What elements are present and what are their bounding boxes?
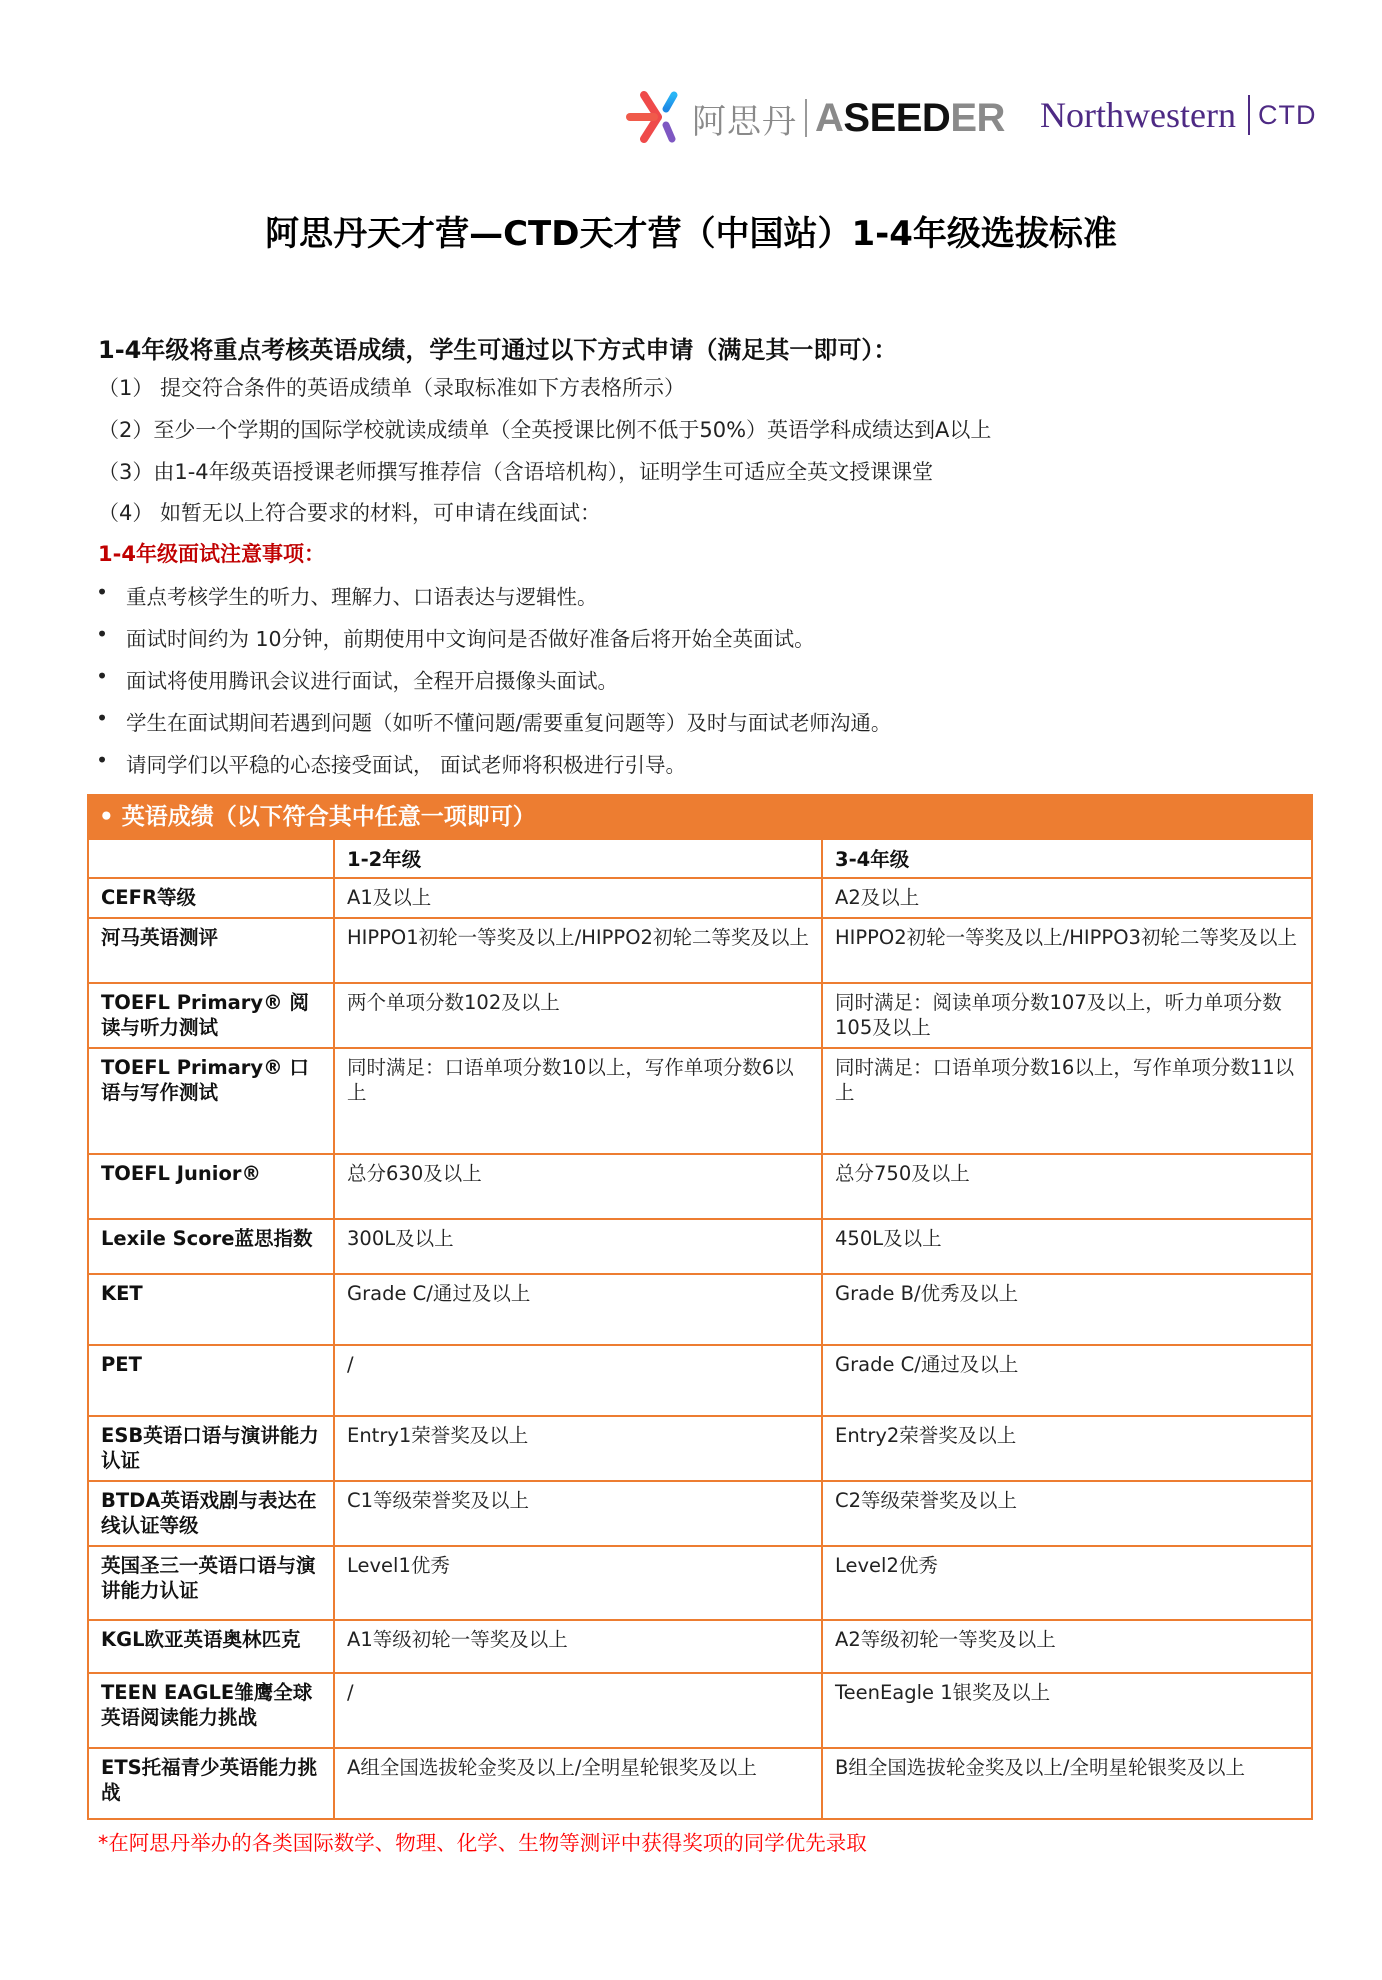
exam-name: ESB英语口语与演讲能力认证 <box>89 1417 335 1480</box>
grade-3-4-requirement: Grade B/优秀及以上 <box>823 1275 1311 1344</box>
table-row: PET / Grade C/通过及以上 <box>89 1346 1311 1417</box>
logo-divider <box>805 99 807 137</box>
grade-1-2-requirement: 总分630及以上 <box>335 1155 823 1218</box>
grade-1-2-requirement: HIPPO1初轮一等奖及以上/HIPPO2初轮二等奖及以上 <box>335 919 823 982</box>
exam-name: CEFR等级 <box>89 879 335 917</box>
table-row: TEEN EAGLE雏鹰全球英语阅读能力挑战 / TeenEagle 1银奖及以… <box>89 1674 1311 1749</box>
table-row: KGL欧亚英语奥林匹克 A1等级初轮一等奖及以上 A2等级初轮一等奖及以上 <box>89 1621 1311 1674</box>
grade-3-4-requirement: A2等级初轮一等奖及以上 <box>823 1621 1311 1672</box>
grade-3-4-requirement: C2等级荣誉奖及以上 <box>823 1482 1311 1545</box>
column-header: 3-4年级 <box>823 840 1311 877</box>
column-header: 1-2年级 <box>335 840 823 877</box>
grade-1-2-requirement: Level1优秀 <box>335 1547 823 1619</box>
grade-3-4-requirement: A2及以上 <box>823 879 1311 917</box>
grade-3-4-requirement: 同时满足：口语单项分数16以上，写作单项分数11以上 <box>823 1049 1311 1153</box>
exam-name: Lexile Score蓝思指数 <box>89 1220 335 1273</box>
english-scores-table: • 英语成绩（以下符合其中任意一项即可） 1-2年级 3-4年级 CEFR等级 … <box>87 794 1313 1820</box>
grade-3-4-requirement: TeenEagle 1银奖及以上 <box>823 1674 1311 1747</box>
grade-1-2-requirement: Entry1荣誉奖及以上 <box>335 1417 823 1480</box>
table-row: ESB英语口语与演讲能力认证 Entry1荣誉奖及以上 Entry2荣誉奖及以上 <box>89 1417 1311 1482</box>
aseeder-logo-en: ASEEDER <box>815 96 1005 141</box>
exam-name: PET <box>89 1346 335 1415</box>
exam-name: BTDA英语戏剧与表达在线认证等级 <box>89 1482 335 1545</box>
aseeder-logo: 阿思丹 ASEEDER <box>626 88 1005 148</box>
grade-3-4-requirement: B组全国选拔轮金奖及以上/全明星轮银奖及以上 <box>823 1749 1311 1818</box>
notice-bullet: •学生在面试期间若遇到问题（如听不懂问题/需要重复问题等）及时与面试老师沟通。 <box>96 706 891 736</box>
aseeder-logo-cn: 阿思丹 <box>692 94 797 143</box>
grade-3-4-requirement: 同时满足：阅读单项分数107及以上，听力单项分数105及以上 <box>823 984 1311 1047</box>
aseeder-spark-icon <box>626 89 684 147</box>
table-row: CEFR等级 A1及以上 A2及以上 <box>89 879 1311 919</box>
table-row: TOEFL Junior® 总分630及以上 总分750及以上 <box>89 1155 1311 1220</box>
northwestern-ctd-logo: Northwestern CTD <box>1040 94 1316 136</box>
exam-name: KET <box>89 1275 335 1344</box>
grade-3-4-requirement: 总分750及以上 <box>823 1155 1311 1218</box>
ctd-label: CTD <box>1258 100 1317 131</box>
table-row: 河马英语测评 HIPPO1初轮一等奖及以上/HIPPO2初轮二等奖及以上 HIP… <box>89 919 1311 984</box>
grade-1-2-requirement: A1及以上 <box>335 879 823 917</box>
exam-name: TOEFL Junior® <box>89 1155 335 1218</box>
notice-bullet: •面试时间约为 10分钟，前期使用中文询问是否做好准备后将开始全英面试。 <box>96 622 815 652</box>
grade-1-2-requirement: A组全国选拔轮金奖及以上/全明星轮银奖及以上 <box>335 1749 823 1818</box>
table-row: KET Grade C/通过及以上 Grade B/优秀及以上 <box>89 1275 1311 1346</box>
exam-name: KGL欧亚英语奥林匹克 <box>89 1621 335 1672</box>
grade-3-4-requirement: HIPPO2初轮一等奖及以上/HIPPO3初轮二等奖及以上 <box>823 919 1311 982</box>
footnote: *在阿思丹举办的各类国际数学、物理、化学、生物等测评中获得奖项的同学优先录取 <box>98 1826 867 1856</box>
notice-bullet: •重点考核学生的听力、理解力、口语表达与逻辑性。 <box>96 580 598 610</box>
grade-1-2-requirement: 300L及以上 <box>335 1220 823 1273</box>
logo-divider <box>1248 95 1250 135</box>
notice-bullet: •请同学们以平稳的心态接受面试， 面试老师将积极进行引导。 <box>96 748 686 778</box>
table-row: TOEFL Primary® 阅读与听力测试 两个单项分数102及以上 同时满足… <box>89 984 1311 1049</box>
exam-name: ETS托福青少英语能力挑战 <box>89 1749 335 1818</box>
table-row: BTDA英语戏剧与表达在线认证等级 C1等级荣誉奖及以上 C2等级荣誉奖及以上 <box>89 1482 1311 1547</box>
grade-1-2-requirement: A1等级初轮一等奖及以上 <box>335 1621 823 1672</box>
grade-3-4-requirement: Entry2荣誉奖及以上 <box>823 1417 1311 1480</box>
exam-name: TEEN EAGLE雏鹰全球英语阅读能力挑战 <box>89 1674 335 1747</box>
table-row: TOEFL Primary® 口语与写作测试 同时满足：口语单项分数10以上，写… <box>89 1049 1311 1155</box>
table-row: Lexile Score蓝思指数 300L及以上 450L及以上 <box>89 1220 1311 1275</box>
notice-bullet: •面试将使用腾讯会议进行面试，全程开启摄像头面试。 <box>96 664 618 694</box>
northwestern-name: Northwestern <box>1040 94 1236 136</box>
exam-name: 英国圣三一英语口语与演讲能力认证 <box>89 1547 335 1619</box>
table-title: • 英语成绩（以下符合其中任意一项即可） <box>87 794 1313 840</box>
grade-3-4-requirement: 450L及以上 <box>823 1220 1311 1273</box>
grade-1-2-requirement: C1等级荣誉奖及以上 <box>335 1482 823 1545</box>
grade-1-2-requirement: 同时满足：口语单项分数10以上，写作单项分数6以上 <box>335 1049 823 1153</box>
grade-1-2-requirement: 两个单项分数102及以上 <box>335 984 823 1047</box>
grade-3-4-requirement: Grade C/通过及以上 <box>823 1346 1311 1415</box>
table-row: 英国圣三一英语口语与演讲能力认证 Level1优秀 Level2优秀 <box>89 1547 1311 1621</box>
page-title: 阿思丹天才营—CTD天才营（中国站）1-4年级选拔标准 <box>0 206 1382 255</box>
intro-item: （3）由1-4年级英语授课老师撰写推荐信（含语培机构），证明学生可适应全英文授课… <box>98 456 933 486</box>
table-header-row: 1-2年级 3-4年级 <box>89 840 1311 879</box>
exam-name: TOEFL Primary® 口语与写作测试 <box>89 1049 335 1153</box>
exam-name: TOEFL Primary® 阅读与听力测试 <box>89 984 335 1047</box>
grade-3-4-requirement: Level2优秀 <box>823 1547 1311 1619</box>
table-row: ETS托福青少英语能力挑战 A组全国选拔轮金奖及以上/全明星轮银奖及以上 B组全… <box>89 1749 1311 1820</box>
grade-1-2-requirement: Grade C/通过及以上 <box>335 1275 823 1344</box>
intro-item: （4） 如暂无以上符合要求的材料，可申请在线面试： <box>98 497 601 527</box>
interview-notice-heading: 1-4年级面试注意事项： <box>98 538 325 568</box>
column-header <box>89 840 335 877</box>
grade-1-2-requirement: / <box>335 1346 823 1415</box>
intro-item: （2）至少一个学期的国际学校就读成绩单（全英授课比例不低于50%）英语学科成绩达… <box>98 414 991 444</box>
grade-1-2-requirement: / <box>335 1674 823 1747</box>
intro-heading: 1-4年级将重点考核英语成绩，学生可通过以下方式申请（满足其一即可）： <box>98 330 897 365</box>
intro-item: （1） 提交符合条件的英语成绩单（录取标准如下方表格所示） <box>98 372 685 402</box>
exam-name: 河马英语测评 <box>89 919 335 982</box>
